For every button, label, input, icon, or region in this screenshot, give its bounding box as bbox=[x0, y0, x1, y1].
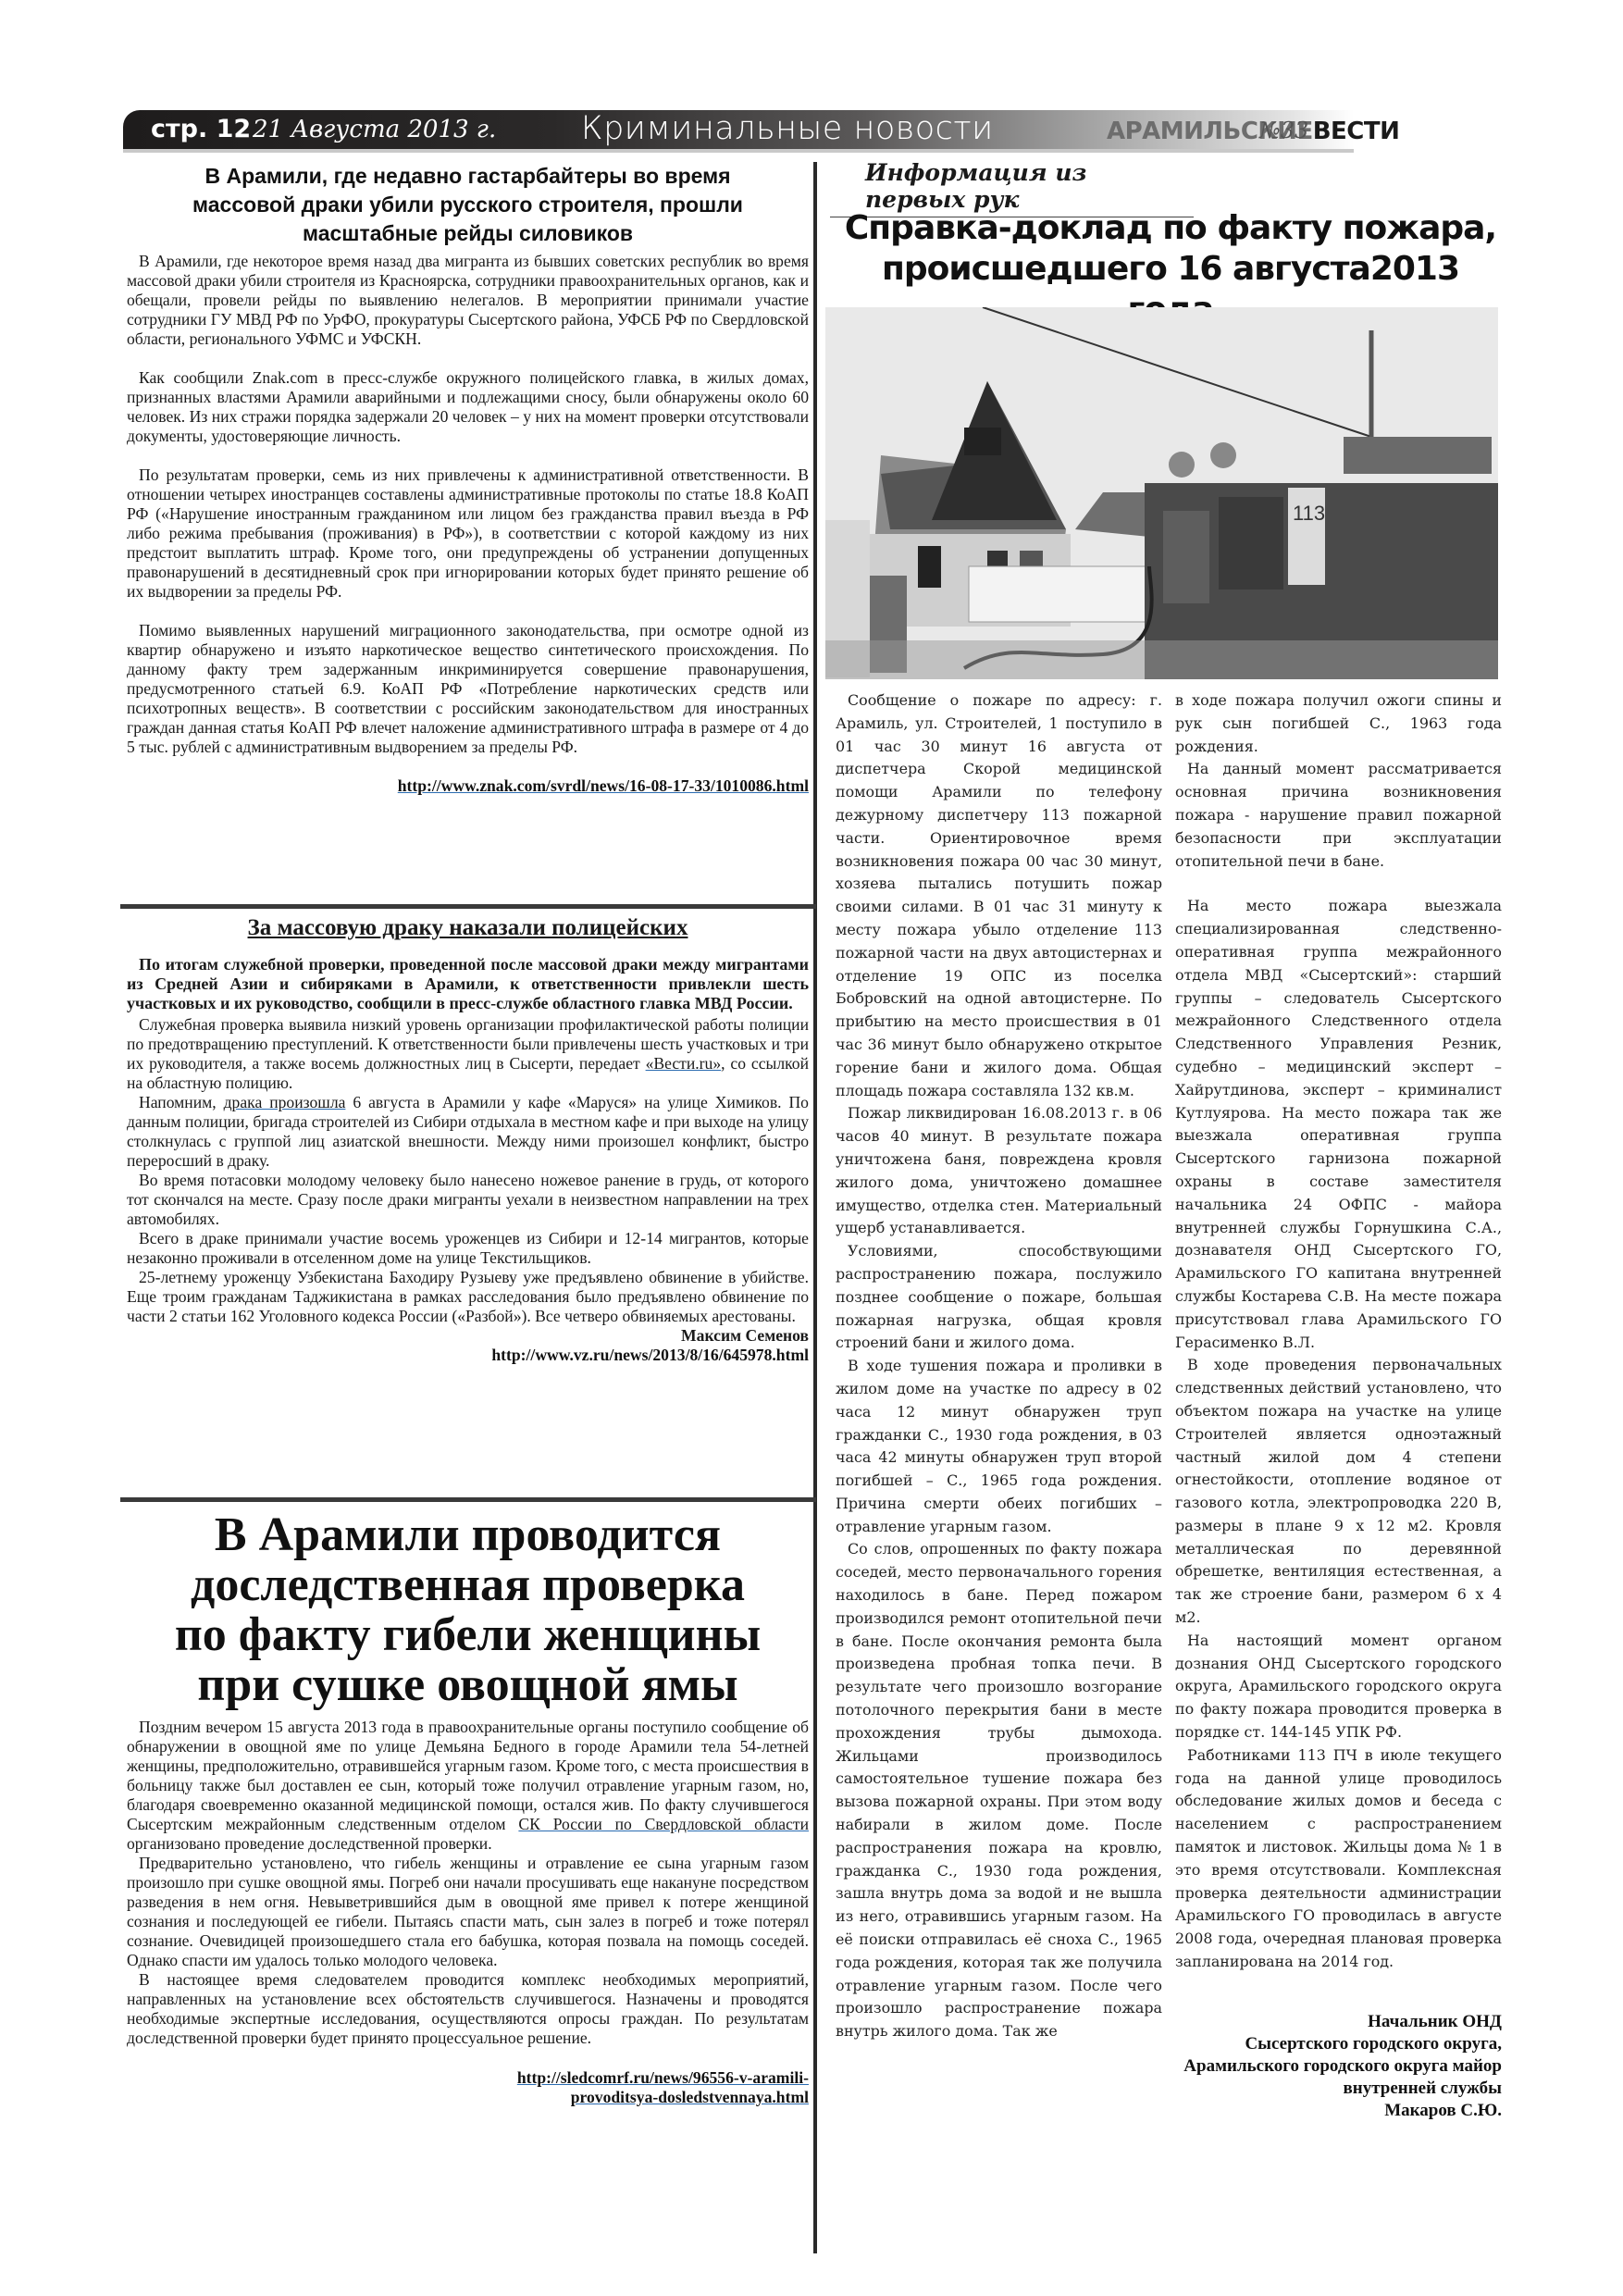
section-title: Криминальные новости bbox=[581, 110, 994, 147]
vesti-link[interactable]: «Вести.ru» bbox=[646, 1054, 722, 1073]
fire-report-paragraph: На место пожара выезжала специализирован… bbox=[1175, 895, 1502, 1354]
article-police-title: За массовую драку наказали полицейских bbox=[127, 914, 809, 942]
fire-report-paragraph: в ходе пожара получил ожоги спины и рук … bbox=[1175, 689, 1502, 758]
fire-report-paragraph: На данный момент рассматривается основна… bbox=[1175, 758, 1502, 873]
photo-illustration: 113 bbox=[825, 307, 1498, 679]
article-raids-paragraph: Как сообщили Znak.com в пресс-службе окр… bbox=[127, 368, 809, 446]
fight-link[interactable]: драка произошла bbox=[224, 1093, 346, 1111]
source-url-line2[interactable]: provoditsya-dosledstvennaya.html bbox=[571, 2088, 809, 2106]
page-header-band: стр. 12 21 Августа 2013 г. Криминальные … bbox=[123, 110, 1354, 153]
fire-report-paragraph: Пожар ликвидирован 16.08.2013 г. в 06 ча… bbox=[836, 1102, 1162, 1240]
signature-name: Макаров С.Ю. bbox=[1175, 2100, 1502, 2122]
article-police-paragraph: Служебная проверка выявила низкий уровен… bbox=[127, 1015, 809, 1093]
article-police-lead: По итогам служебной проверки, проведенно… bbox=[127, 955, 809, 1013]
fire-report-column-1: Сообщение о пожаре по адресу: г. Арамиль… bbox=[836, 689, 1162, 2043]
article-pit-title: В Арамили проводится доследственная пров… bbox=[127, 1510, 809, 1710]
fire-report-paragraph: Условиями, способствующими распространен… bbox=[836, 1240, 1162, 1355]
article-raids-source-link[interactable]: http://www.znak.com/svrdl/news/16-08-17-… bbox=[127, 776, 809, 796]
article-police-paragraph: 25-летнему уроженцу Узбекистана Баходиру… bbox=[127, 1268, 809, 1326]
fire-report-paragraph: В ходе проведения первоначальных следств… bbox=[1175, 1354, 1502, 1630]
fire-report-paragraph: В ходе тушения пожара и проливки в жилом… bbox=[836, 1355, 1162, 1538]
article-raids-paragraph: По результатам проверки, семь из них при… bbox=[127, 465, 809, 602]
issue-number: №33 bbox=[1259, 118, 1308, 143]
article-raids-paragraph: В Арамили, где некоторое время назад два… bbox=[127, 252, 809, 349]
article-vegetable-pit: В Арамили проводится доследственная пров… bbox=[127, 1510, 809, 2107]
source-url-line1[interactable]: http://sledcomrf.ru/news/96556-v-aramili… bbox=[517, 2068, 809, 2087]
column-divider bbox=[813, 162, 817, 2253]
signature-line: Арамильского городского округа майор вну… bbox=[1175, 2055, 1502, 2100]
fire-report-paragraph: На настоящий момент органом дознания ОНД… bbox=[1175, 1630, 1502, 1744]
text: Напомним, bbox=[139, 1093, 224, 1111]
source-url-text[interactable]: http://www.znak.com/svrdl/news/16-08-17-… bbox=[398, 776, 809, 795]
fire-report-paragraph: Со слов, опрошенных по факту пожара сосе… bbox=[836, 1538, 1162, 2043]
signature-line: Сысертского городского округа, bbox=[1175, 2033, 1502, 2055]
fire-report-paragraph: Работниками 113 ПЧ в июле текущего года … bbox=[1175, 1744, 1502, 1974]
article-police-paragraph: Напомним, драка произошла 6 августа в Ар… bbox=[127, 1093, 809, 1171]
issue-date: 21 Августа 2013 г. bbox=[253, 116, 496, 143]
article-raids: В Арамили, где недавно гастарбайтеры во … bbox=[127, 162, 809, 796]
article-pit-paragraph: В настоящее время следователем проводитс… bbox=[127, 1970, 809, 2048]
page-number: стр. 12 bbox=[151, 115, 251, 143]
newspaper-brand: АРАМИЛЬСКИЕВЕСТИ bbox=[1107, 118, 1399, 145]
truck-number: 113 bbox=[1293, 502, 1325, 525]
sk-russia-link[interactable]: СК России по Свердловской области bbox=[518, 1815, 809, 1833]
burned-house-photo: 113 bbox=[825, 307, 1498, 679]
article-police-author: Максим Семенов bbox=[127, 1326, 809, 1346]
article-pit-paragraph: Поздним вечером 15 августа 2013 года в п… bbox=[127, 1718, 809, 1854]
article-raids-title: В Арамили, где недавно гастарбайтеры во … bbox=[127, 162, 809, 248]
fire-report-column-2: в ходе пожара получил ожоги спины и рук … bbox=[1175, 689, 1502, 2122]
article-police-paragraph: Во время потасовки молодому человеку был… bbox=[127, 1171, 809, 1229]
article-raids-paragraph: Помимо выявленных нарушений миграционног… bbox=[127, 621, 809, 757]
article-pit-paragraph: Предварительно установлено, что гибель ж… bbox=[127, 1854, 809, 1970]
fire-report-signature: Начальник ОНД Сысертского городского окр… bbox=[1175, 2011, 1502, 2122]
signature-line: Начальник ОНД bbox=[1175, 2011, 1502, 2033]
fire-report-paragraph: Сообщение о пожаре по адресу: г. Арамиль… bbox=[836, 689, 1162, 1102]
article-pit-source-link[interactable]: http://sledcomrf.ru/news/96556-v-aramili… bbox=[127, 2068, 809, 2107]
article-police-paragraph: Всего в драке принимали участие восемь у… bbox=[127, 1229, 809, 1268]
section-divider bbox=[120, 1497, 816, 1502]
text: организовано проведение доследственной п… bbox=[127, 1834, 492, 1853]
brand-part2: ВЕСТИ bbox=[1313, 118, 1400, 145]
section-divider bbox=[120, 904, 816, 909]
article-police-source-link[interactable]: http://www.vz.ru/news/2013/8/16/645978.h… bbox=[127, 1346, 809, 1365]
article-police-punished: За массовую драку наказали полицейских П… bbox=[127, 914, 809, 1365]
